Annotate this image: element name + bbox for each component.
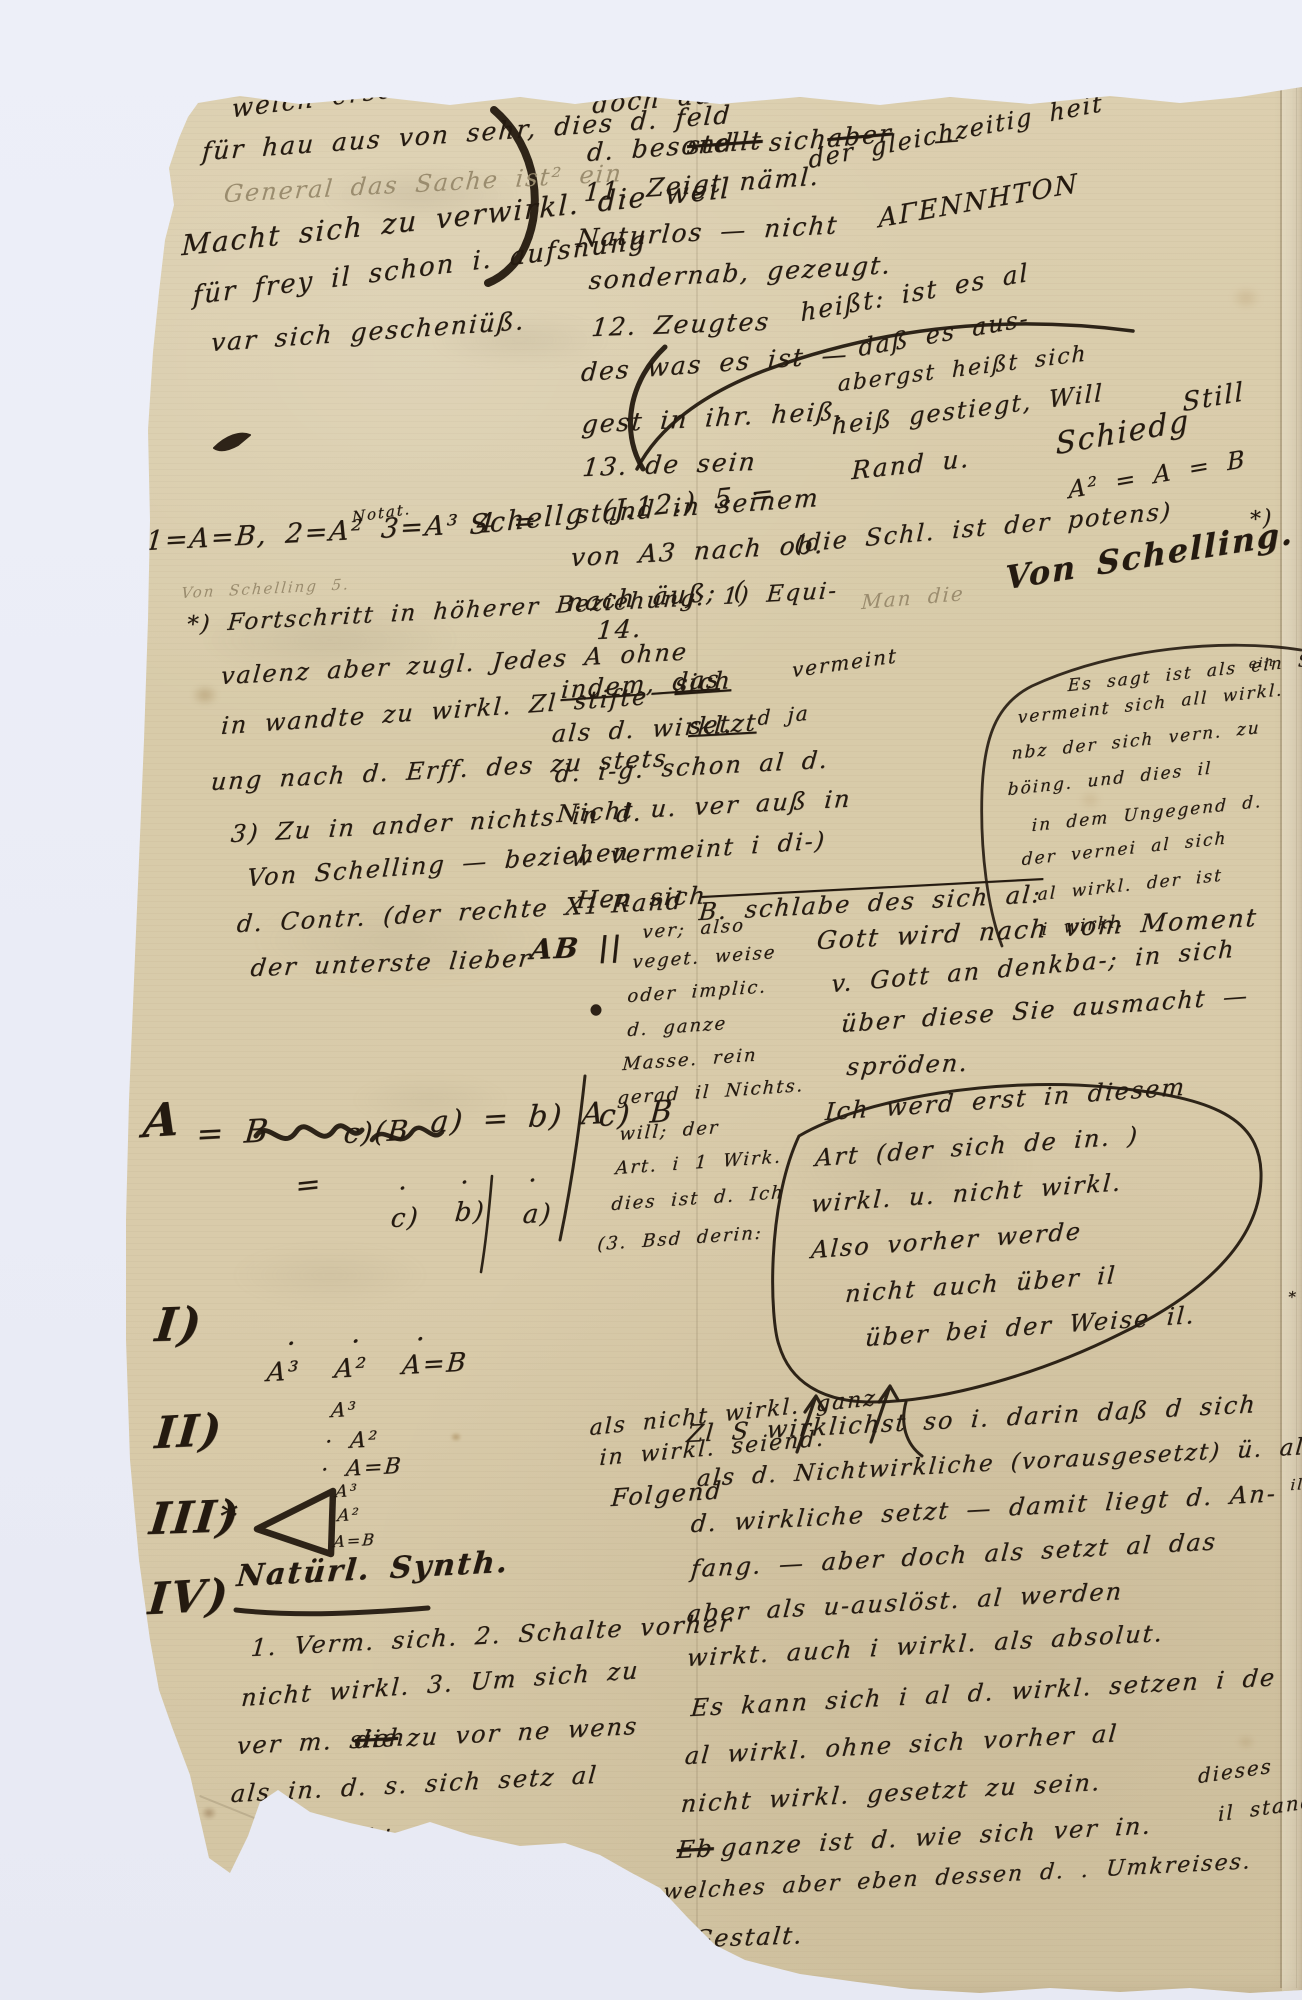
handwriting-line: A	[142, 1095, 183, 1144]
handwriting-line: I)	[153, 1300, 205, 1348]
handwriting-line: A=B	[333, 1532, 377, 1550]
handwriting-line: ein	[1249, 655, 1276, 671]
handwriting-line: A³	[330, 1399, 358, 1421]
handwriting-line: b)	[454, 1198, 487, 1226]
handwriting-line: A³	[335, 1483, 360, 1501]
handwriting-line: i Gestalt.	[665, 1923, 804, 1952]
handwriting-line: A²	[337, 1507, 362, 1525]
handwriting-line: die	[354, 1726, 399, 1752]
handwriting-line: Hen sich	[575, 883, 708, 912]
handwriting-line: II)	[153, 1408, 225, 1456]
handwriting-line: · A²	[324, 1429, 380, 1454]
handwriting-line: stellt	[686, 128, 763, 158]
handwriting-line: AB ||	[529, 933, 624, 964]
handwriting-line: =	[295, 1169, 323, 1202]
handwriting-line: 14.	[596, 616, 644, 644]
handwriting-line: sich	[674, 668, 732, 696]
handwriting-line: c)(B	[343, 1117, 411, 1149]
handwriting-line: il	[1290, 1477, 1302, 1493]
handwriting-line: d ja	[757, 703, 810, 729]
handwriting-line: · A=B	[320, 1456, 403, 1482]
handwriting-line: Eb	[676, 1836, 715, 1862]
manuscript-paper: welch ersch Sprechabe i. I. findfür hau …	[0, 0, 1302, 2000]
paper-stain	[120, 1606, 146, 1638]
handwriting-line: 13. de sein	[581, 449, 758, 480]
handwriting-line: setzt	[688, 710, 758, 738]
manuscript-scan: welch ersch Sprechabe i. I. findfür hau …	[0, 0, 1302, 2000]
handwriting-line: = B	[195, 1114, 271, 1150]
handwriting-line: c)	[390, 1204, 421, 1232]
handwriting-line: a)	[522, 1200, 554, 1228]
handwriting-line: a) = b) A	[429, 1099, 606, 1138]
paper-crease	[240, 1852, 555, 1910]
handwriting-line: IV)	[146, 1574, 231, 1623]
handwriting-line: ausspricht.	[245, 1825, 405, 1855]
handwriting-line: spröden.	[845, 1051, 970, 1079]
handwriting-line: 12. Zeugtes	[590, 309, 771, 340]
handwriting-line: c) B	[598, 1097, 675, 1132]
